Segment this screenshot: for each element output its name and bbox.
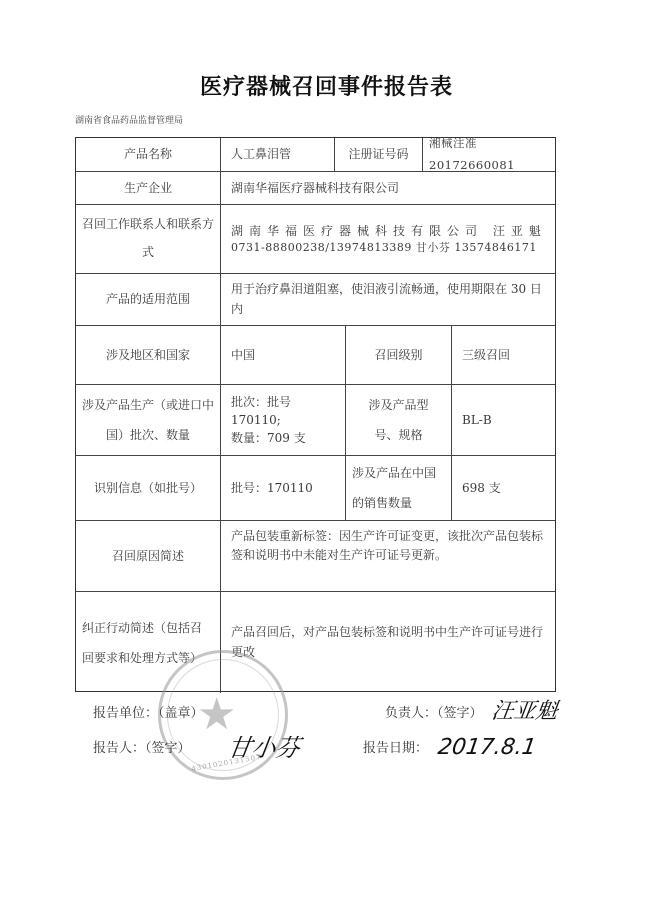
recall-level-label: 召回级别 <box>345 326 451 384</box>
ident-label: 识别信息（如批号） <box>76 456 220 520</box>
recall-level-value: 三级召回 <box>451 326 557 384</box>
row-scope: 产品的适用范围 用于治疗鼻泪道阻塞，使泪液引流畅通，使用期限在 30 日内 <box>76 274 555 326</box>
row-manufacturer: 生产企业 湖南华福医疗器械科技有限公司 <box>76 172 555 205</box>
row-action: 纠正行动简述（包括召回要求和处理方式等） 产品召回后，对产品包装标签和说明书中生… <box>76 592 555 693</box>
batch-label: 涉及产品生产（或进口中国）批次、数量 <box>76 385 220 455</box>
report-date-label: 报告日期： <box>363 737 428 756</box>
recall-report-table: 产品名称 人工鼻泪管 注册证号码 湘械注准 20172660081 生产企业 湖… <box>75 137 556 692</box>
issuer-name: 湖南省食品药品监督管理局 <box>75 113 183 126</box>
reason-value: 产品包装重新标签：因生产许可证变更，该批次产品包装标签和说明书中未能对生产许可证… <box>220 521 557 591</box>
model-label-text: 涉及产品型号、规格 <box>358 390 439 450</box>
row-region: 涉及地区和国家 中国 召回级别 三级召回 <box>76 326 555 385</box>
row-identification: 识别信息（如批号） 批号：170110 涉及产品在中国的销售数量 698 支 <box>76 456 555 521</box>
report-date-value: 2017.8.1 <box>436 735 537 760</box>
sales-label: 涉及产品在中国的销售数量 <box>345 456 451 520</box>
contact-label-text: 召回工作联系人和联系方式 <box>82 211 214 266</box>
contact-value: 湖南华福医疗器械科技有限公司 汪亚魁 0731-88800238/1397481… <box>220 205 557 273</box>
manufacturer-label: 生产企业 <box>76 172 220 204</box>
responsible-signature: 汪亚魁 <box>490 694 560 725</box>
contact-label: 召回工作联系人和联系方式 <box>76 205 220 273</box>
reporter-signature: 甘小芬 <box>226 728 303 763</box>
responsible-label: 负责人：（签字） <box>385 702 483 721</box>
sales-value: 698 支 <box>451 456 557 520</box>
sales-label-text: 涉及产品在中国的销售数量 <box>352 458 443 518</box>
scope-value: 用于治疗鼻泪道阻塞，使泪液引流畅通，使用期限在 30 日内 <box>220 274 557 325</box>
registration-value: 湘械注准 20172660081 <box>422 138 557 171</box>
reason-label: 召回原因简述 <box>76 521 220 591</box>
product-name-value: 人工鼻泪管 <box>220 138 334 171</box>
scope-label: 产品的适用范围 <box>76 274 220 325</box>
batch-line-2: 数量：709 支 <box>231 429 337 447</box>
batch-line-1: 批次：批号 170110; <box>231 393 337 429</box>
document-title: 医疗器械召回事件报告表 <box>0 70 653 101</box>
row-contact: 召回工作联系人和联系方式 湖南华福医疗器械科技有限公司 汪亚魁 0731-888… <box>76 205 555 274</box>
reason-value-text: 产品包装重新标签：因生产许可证变更，该批次产品包装标签和说明书中未能对生产许可证… <box>231 527 549 565</box>
action-value-text: 产品召回后，对产品包装标签和说明书中生产许可证号进行更改 <box>231 623 549 661</box>
registration-label: 注册证号码 <box>334 138 422 171</box>
model-value: BL-B <box>451 385 557 455</box>
manufacturer-value: 湖南华福医疗器械科技有限公司 <box>220 172 557 204</box>
report-unit-label: 报告单位：（盖章） <box>93 702 204 721</box>
reporter-label: 报告人：（签字） <box>93 737 191 756</box>
contact-line-2: 0731-88800238/13974813389 甘小芬 1357484617… <box>231 240 549 257</box>
batch-value: 批次：批号 170110; 数量：709 支 <box>220 385 345 455</box>
scope-value-text: 用于治疗鼻泪道阻塞，使泪液引流畅通，使用期限在 30 日内 <box>231 280 549 318</box>
contact-line-1: 湖南华福医疗器械科技有限公司 汪亚魁 <box>231 222 549 240</box>
row-batch: 涉及产品生产（或进口中国）批次、数量 批次：批号 170110; 数量：709 … <box>76 385 555 456</box>
batch-label-text: 涉及产品生产（或进口中国）批次、数量 <box>80 390 216 450</box>
region-value: 中国 <box>220 326 345 384</box>
ident-value: 批号：170110 <box>220 456 345 520</box>
row-product-name: 产品名称 人工鼻泪管 注册证号码 湘械注准 20172660081 <box>76 138 555 172</box>
model-label: 涉及产品型号、规格 <box>345 385 451 455</box>
product-name-label: 产品名称 <box>76 138 220 171</box>
region-label: 涉及地区和国家 <box>76 326 220 384</box>
row-reason: 召回原因简述 产品包装重新标签：因生产许可证变更，该批次产品包装标签和说明书中未… <box>76 521 555 592</box>
